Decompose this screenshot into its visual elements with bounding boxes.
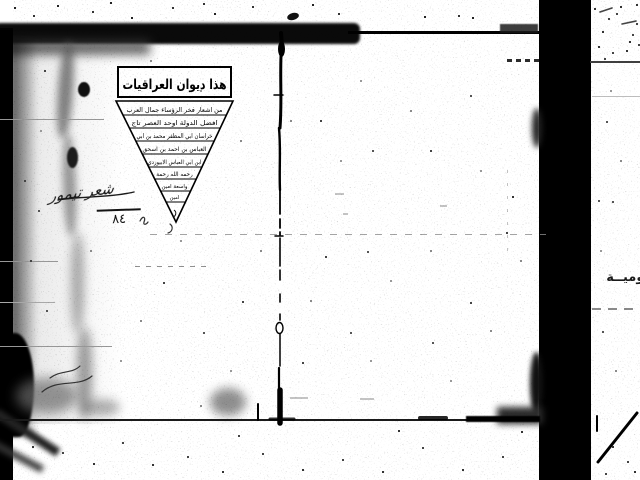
scan-grain-noise — [13, 0, 640, 480]
manuscript-scan-page: هذا ديوان العراقيات من اشعار فخر الرؤساء… — [0, 0, 640, 480]
light-specks — [0, 0, 2, 2]
ink-details-overlay — [0, 0, 640, 480]
